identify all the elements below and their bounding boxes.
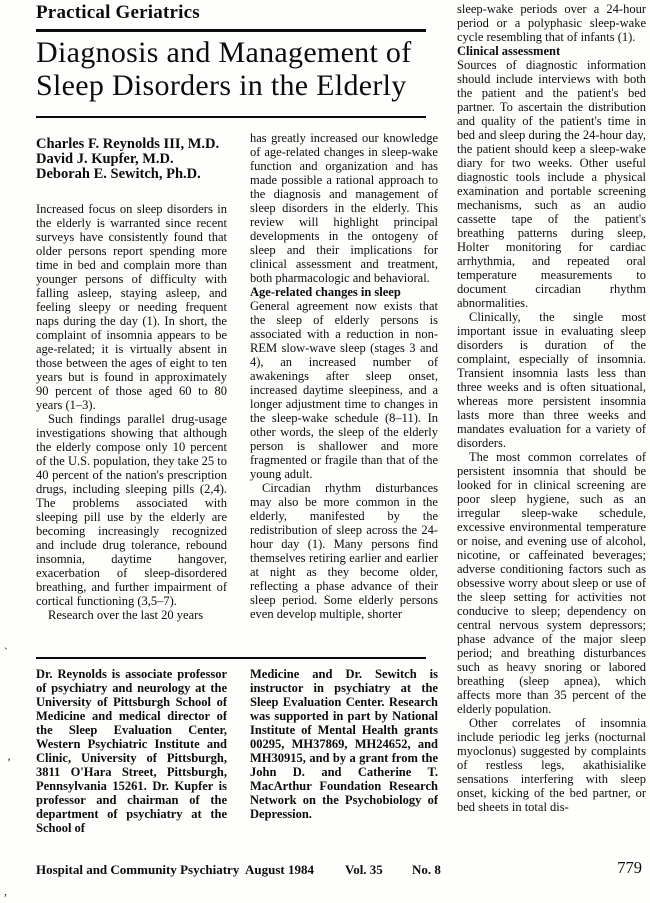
masthead-rule-bottom	[36, 116, 426, 118]
article-title: Diagnosis and Management of Sleep Disord…	[36, 36, 444, 102]
paragraph: has greatly increased our knowledge of a…	[250, 131, 438, 285]
author-name: David J. Kupfer, M.D.	[36, 152, 227, 167]
paragraph: The most common correlates of persistent…	[457, 450, 646, 716]
paragraph: Other correlates of insomnia include per…	[457, 716, 646, 814]
scan-artifact: ’	[7, 755, 11, 770]
author-list: Charles F. Reynolds III, M.D. David J. K…	[36, 137, 227, 182]
section-heading-age-related: Age-related changes in sleep	[250, 285, 438, 299]
scan-artifact: `	[4, 645, 8, 660]
page-number: 779	[617, 858, 642, 878]
paragraph: General agreement now exists that the sl…	[250, 299, 438, 481]
article-title-line-2: Sleep Disorders in the Elderly	[36, 69, 444, 102]
affiliation-rule	[36, 657, 426, 659]
paragraph: Such findings parallel drug-usage invest…	[36, 412, 227, 608]
author-name: Charles F. Reynolds III, M.D.	[36, 137, 227, 152]
affiliation-text: Medicine and Dr. Sewitch is instructor i…	[250, 667, 438, 821]
affiliation-text: Dr. Reynolds is associate professor of p…	[36, 667, 227, 835]
paragraph: Sources of diagnostic information should…	[457, 58, 646, 310]
journal-name: Hospital and Community Psychiatry	[36, 862, 239, 878]
paragraph: Research over the last 20 years	[36, 608, 227, 622]
section-header: Practical Geriatrics	[36, 2, 440, 24]
volume-label: Vol. 35	[345, 862, 383, 878]
masthead-rule-top	[36, 29, 426, 32]
author-name: Deborah E. Sewitch, Ph.D.	[36, 167, 227, 182]
article-title-line-1: Diagnosis and Management of	[36, 36, 444, 69]
affiliation-note-right: Medicine and Dr. Sewitch is instructor i…	[250, 667, 438, 863]
journal-page: { "masthead": { "section": "Practical Ge…	[0, 0, 650, 903]
section-heading-clinical-assessment: Clinical assessment	[457, 44, 646, 58]
paragraph: Clinically, the single most important is…	[457, 310, 646, 450]
affiliation-note-left: Dr. Reynolds is associate professor of p…	[36, 667, 227, 849]
paragraph: Increased focus on sleep disorders in th…	[36, 202, 227, 412]
issue-number: No. 8	[412, 862, 441, 878]
article-column-left: Charles F. Reynolds III, M.D. David J. K…	[36, 131, 227, 655]
article-column-middle: has greatly increased our knowledge of a…	[250, 131, 438, 655]
paragraph: sleep-wake periods over a 24-hour period…	[457, 2, 646, 44]
scan-artifact: ,	[4, 884, 7, 899]
article-column-right: sleep-wake periods over a 24-hour period…	[457, 2, 646, 850]
paragraph: Circadian rhythm disturbances may also b…	[250, 481, 438, 621]
issue-date: August 1984	[245, 862, 314, 878]
